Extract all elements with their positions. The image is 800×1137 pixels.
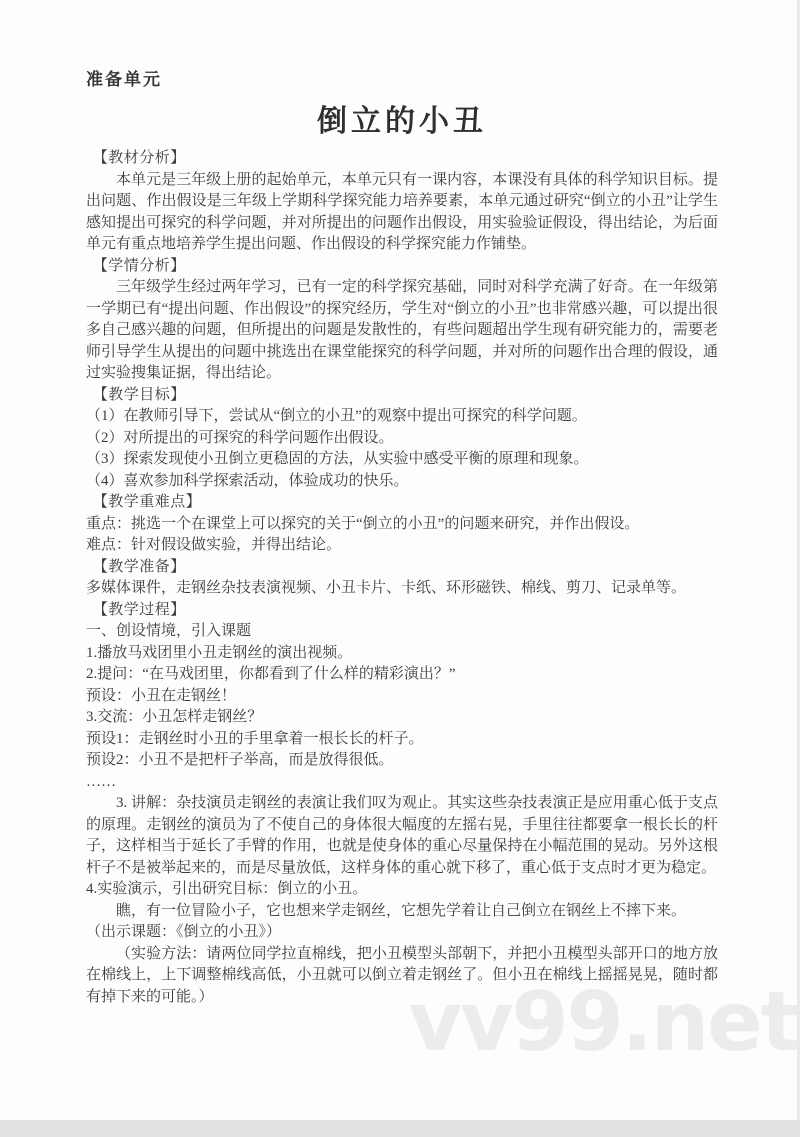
process-step: 1.播放马戏团里小丑走钢丝的演出视频。 [86, 643, 718, 665]
process-step: 预设2：小丑不是把杆子举高，而是放得很低。 [86, 750, 718, 772]
document-page: vv99.net 准备单元 倒立的小丑 【教材分析】 本单元是三年级上册的起始单… [0, 0, 800, 1137]
section-heading: 【教学重难点】 [86, 492, 718, 514]
process-step: 预设1：走钢丝时小丑的手里拿着一根长长的杆子。 [86, 729, 718, 751]
section-heading: 【教材分析】 [86, 148, 718, 170]
objective-item: （3）探索发现使小丑倒立更稳固的方法，从实验中感受平衡的原理和现象。 [86, 449, 718, 471]
section-heading: 【教学准备】 [86, 557, 718, 579]
page-bottom-background [0, 1120, 800, 1137]
process-step: 预设：小丑在走钢丝！ [86, 686, 718, 708]
paragraph: 三年级学生经过两年学习，已有一定的科学探究基础，同时对科学充满了好奇。在一年级第… [86, 277, 718, 385]
document-body: 【教材分析】 本单元是三年级上册的起始单元，本单元只有一课内容，本课没有具体的科… [86, 148, 718, 1008]
process-step: 4.实验演示，引出研究目标：倒立的小丑。 [86, 879, 718, 901]
process-step: （实验方法：请两位同学拉直棉线，把小丑模型头部朝下，并把小丑模型头部开口的地方放… [86, 944, 718, 1009]
process-step: 一、创设情境，引入课题 [86, 621, 718, 643]
process-step: （出示课题：《倒立的小丑》） [86, 922, 718, 944]
section-heading: 【教学过程】 [86, 600, 718, 622]
process-step: 3. 讲解：杂技演员走钢丝的表演让我们叹为观止。其实这些杂技表演正是应用重心低于… [86, 793, 718, 879]
objective-item: （1）在教师引导下，尝试从“倒立的小丑”的观察中提出可探究的科学问题。 [86, 406, 718, 428]
document-title: 倒立的小丑 [86, 102, 718, 142]
section-heading: 【学情分析】 [86, 256, 718, 278]
section-textbook-analysis: 【教材分析】 本单元是三年级上册的起始单元，本单元只有一课内容，本课没有具体的科… [86, 148, 718, 256]
section-key-difficulties: 【教学重难点】 重点：挑选一个在课堂上可以探究的关于“倒立的小丑”的问题来研究，… [86, 492, 718, 557]
section-teaching-process: 【教学过程】 一、创设情境，引入课题 1.播放马戏团里小丑走钢丝的演出视频。 2… [86, 600, 718, 1009]
paragraph: 本单元是三年级上册的起始单元，本单元只有一课内容，本课没有具体的科学知识目标。提… [86, 170, 718, 256]
process-step: 3.交流：小丑怎样走钢丝？ [86, 707, 718, 729]
section-heading: 【教学目标】 [86, 385, 718, 407]
key-point: 重点：挑选一个在课堂上可以探究的关于“倒立的小丑”的问题来研究，并作出假设。 [86, 514, 718, 536]
process-step: 2.提问：“在马戏团里，你都看到了什么样的精彩演出？” [86, 664, 718, 686]
objective-item: （4）喜欢参加科学探索活动，体验成功的快乐。 [86, 471, 718, 493]
section-teaching-preparation: 【教学准备】 多媒体课件，走钢丝杂技表演视频、小丑卡片、卡纸、环形磁铁、棉线、剪… [86, 557, 718, 600]
section-learner-analysis: 【学情分析】 三年级学生经过两年学习，已有一定的科学探究基础，同时对科学充满了好… [86, 256, 718, 385]
process-step: 瞧，有一位冒险小子，它也想来学走钢丝，它想先学着让自己倒立在钢丝上不摔下来。 [86, 901, 718, 923]
section-teaching-objectives: 【教学目标】 （1）在教师引导下，尝试从“倒立的小丑”的观察中提出可探究的科学问… [86, 385, 718, 493]
unit-label: 准备单元 [86, 68, 718, 92]
document-content: 准备单元 倒立的小丑 【教材分析】 本单元是三年级上册的起始单元，本单元只有一课… [86, 0, 718, 1008]
difficult-point: 难点：针对假设做实验，并得出结论。 [86, 535, 718, 557]
paragraph: 多媒体课件，走钢丝杂技表演视频、小丑卡片、卡纸、环形磁铁、棉线、剪刀、记录单等。 [86, 578, 718, 600]
objective-item: （2）对所提出的可探究的科学问题作出假设。 [86, 428, 718, 450]
ellipsis-line: …… [86, 772, 718, 794]
